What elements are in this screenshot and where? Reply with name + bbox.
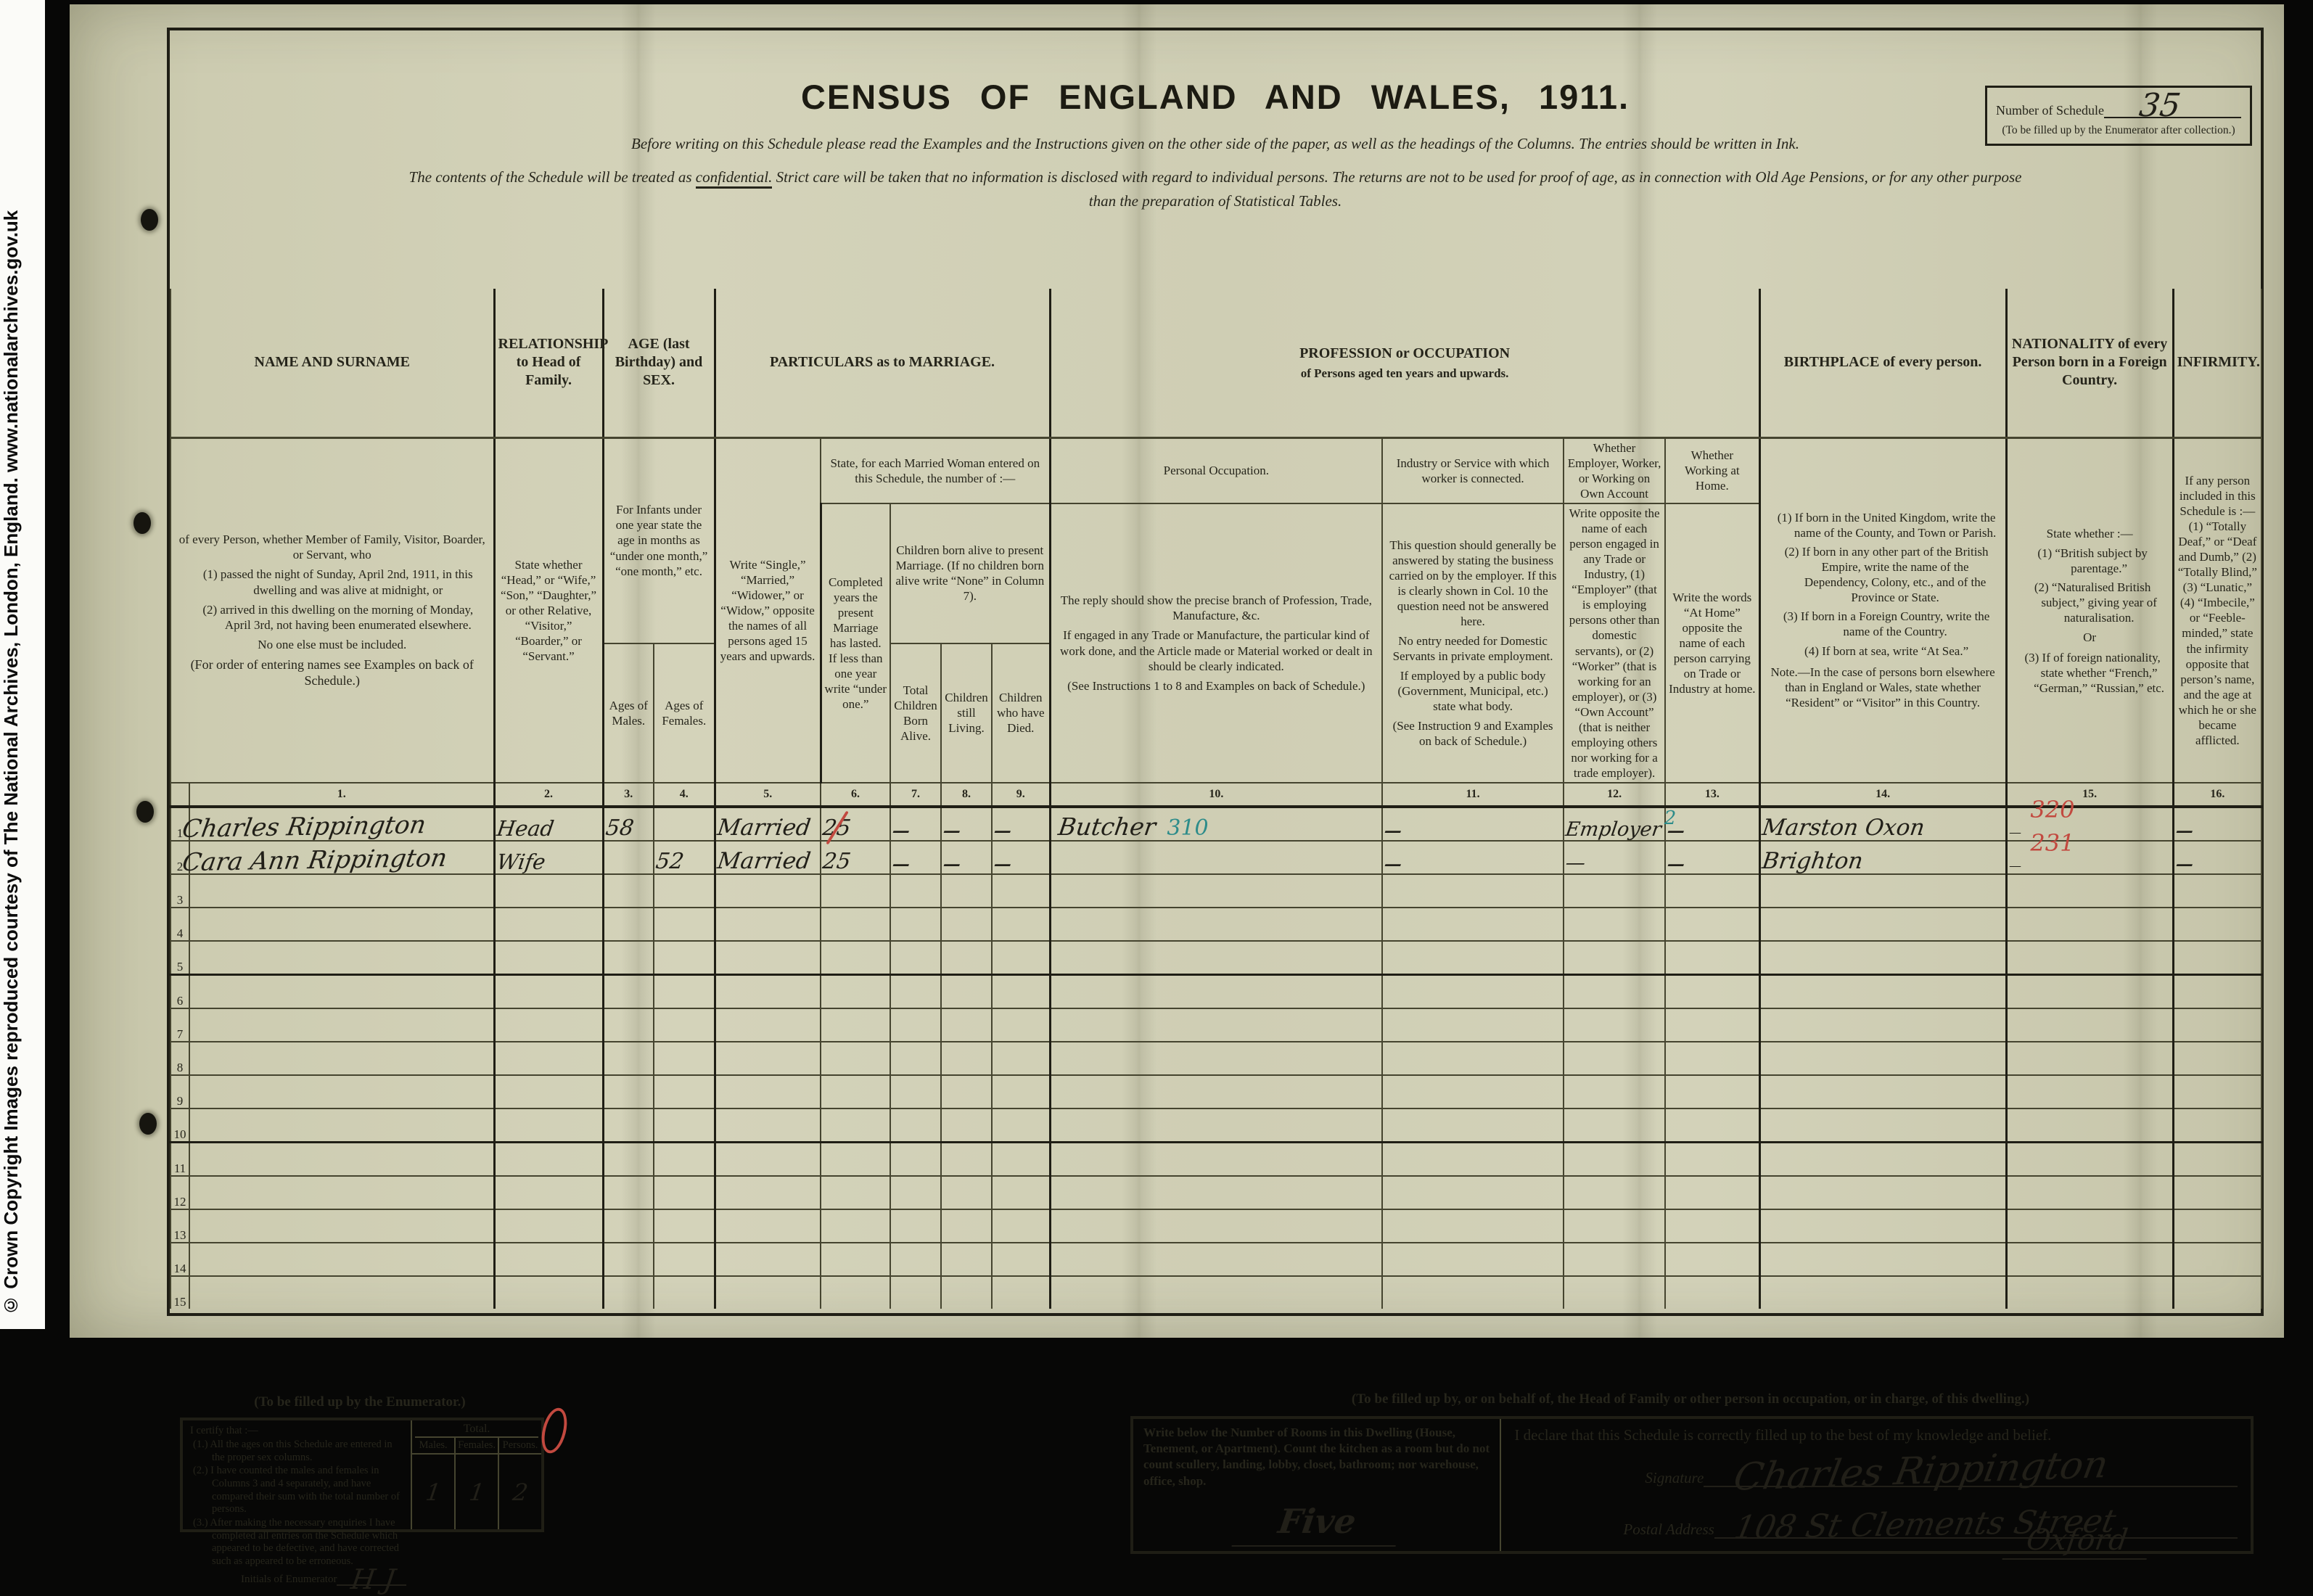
cell-age_male: [603, 1143, 654, 1177]
cell-num: 8: [171, 1042, 189, 1075]
cell-relationship: [494, 1176, 603, 1209]
cell-name: [189, 1176, 494, 1209]
cell-marriage: [715, 1243, 821, 1276]
cell-name: [189, 874, 494, 908]
cell-children_died: [992, 874, 1050, 908]
cell-name: [189, 1108, 494, 1143]
cell-children_born: [890, 975, 941, 1009]
table-row: 9: [171, 1075, 2261, 1108]
cell-children_living: [941, 1176, 992, 1209]
cell-birthplace: [1759, 874, 2006, 908]
instruction-line-3: than the preparation of Statistical Tabl…: [295, 190, 2135, 212]
cell-occ: [1050, 908, 1382, 941]
cell-relationship: [494, 1108, 603, 1143]
header-relationship: RELATIONSHIP to Head of Family.: [494, 289, 603, 437]
cell-relationship: [494, 1209, 603, 1243]
cell-marriage: [715, 1143, 821, 1177]
cell-age_male: [603, 1209, 654, 1243]
punch-hole: [136, 801, 154, 823]
cell-industry: —: [1382, 841, 1564, 874]
cell-num: 6: [171, 975, 189, 1009]
label-ages-males: Ages of Males.: [603, 643, 654, 783]
cell-name: Charles Rippington: [189, 807, 494, 841]
desc-occupation-1: The reply should show the precise branch…: [1057, 593, 1376, 623]
cell-nat: [2006, 1276, 2173, 1309]
cell-marriage: [715, 1176, 821, 1209]
cell-name: [189, 1075, 494, 1108]
cell-occ: [1050, 1108, 1382, 1143]
cell-relationship: [494, 1075, 603, 1108]
schedule-number-box: Number of Schedule 35 (To be filled up b…: [1985, 86, 2252, 146]
cell-industry: [1382, 1042, 1564, 1075]
cell-infirmity: [2173, 1008, 2261, 1042]
cell-name: [189, 1008, 494, 1042]
cell-emp: [1564, 975, 1665, 1009]
cell-relationship: Wife: [494, 841, 603, 874]
cell-age_male: [603, 975, 654, 1009]
cell-marriage: [715, 1209, 821, 1243]
cell-emp: [1564, 874, 1665, 908]
cell-industry: [1382, 1143, 1564, 1177]
desc-industry-1: This question should generally be answer…: [1389, 538, 1557, 629]
header-age: AGE (last Birthday) and SEX.: [603, 289, 715, 437]
cell-children_born: [890, 1209, 941, 1243]
cell-children_born: [890, 1276, 941, 1309]
cell-years: [821, 1108, 890, 1143]
cell-infirmity: [2173, 1108, 2261, 1143]
cell-age_male: 58: [603, 807, 654, 841]
table-row: 6: [171, 975, 2261, 1009]
cell-birthplace: Brighton: [1759, 841, 2006, 874]
cell-industry: [1382, 1008, 1564, 1042]
label-at-home: Whether Working at Home.: [1665, 437, 1759, 503]
cell-birthplace: [1759, 975, 2006, 1009]
label-personal-occupation: Personal Occupation.: [1050, 437, 1382, 503]
cell-children_born: [890, 908, 941, 941]
cell-marriage: Married: [715, 807, 821, 841]
cell-at_home: [1665, 1276, 1759, 1309]
cell-at_home: [1665, 874, 1759, 908]
punch-hole: [141, 209, 158, 231]
cell-marriage: [715, 1276, 821, 1309]
cell-years: [821, 874, 890, 908]
confidential-prefix: The contents of the Schedule will be tre…: [409, 168, 696, 186]
cell-birthplace: [1759, 908, 2006, 941]
desc-name: of every Person, whether Member of Famil…: [171, 437, 494, 783]
cell-children_living: [941, 941, 992, 975]
punch-hole: [133, 512, 151, 534]
cell-occ: [1050, 1143, 1382, 1177]
column-number: 9.: [992, 783, 1050, 807]
cell-age_female: 52: [654, 841, 715, 874]
cell-occ: [1050, 1276, 1382, 1309]
cell-at_home: [1665, 1243, 1759, 1276]
cell-nat: [2006, 1008, 2173, 1042]
desc-employer: Write opposite the name of each person e…: [1564, 503, 1665, 783]
form-title: CENSUS OF ENGLAND AND WALES, 1911.: [170, 77, 2261, 117]
desc-nationality: State whether :— (1) “British subject by…: [2006, 437, 2173, 783]
desc-birthplace-note: Note.—In the case of persons born elsewh…: [1767, 665, 2000, 710]
cell-children_living: [941, 1042, 992, 1075]
cell-infirmity: [2173, 941, 2261, 975]
cell-children_living: [941, 1209, 992, 1243]
header-profession: PROFESSION or OCCUPATION of Persons aged…: [1050, 289, 1759, 437]
table-row: 2Cara Ann RippingtonWife52Married25—————…: [171, 841, 2261, 874]
cell-years: 25: [821, 807, 890, 841]
table-row: 3: [171, 874, 2261, 908]
cell-num: 9: [171, 1075, 189, 1108]
desc-industry-2: No entry needed for Domestic Servants in…: [1389, 633, 1557, 664]
cell-children_died: [992, 1008, 1050, 1042]
cell-relationship: [494, 908, 603, 941]
cell-age_female: [654, 1176, 715, 1209]
census-table: NAME AND SURNAME RELATIONSHIP to Head of…: [170, 289, 2262, 1309]
cell-occ: [1050, 1075, 1382, 1108]
cell-age_male: [603, 874, 654, 908]
cell-occ: [1050, 1209, 1382, 1243]
header-marriage: PARTICULARS as to MARRIAGE.: [715, 289, 1050, 437]
cell-years: [821, 975, 890, 1009]
cell-nat: [2006, 1176, 2173, 1209]
cell-nat: [2006, 874, 2173, 908]
instruction-line-2: The contents of the Schedule will be tre…: [295, 166, 2135, 188]
column-number: 16.: [2173, 783, 2261, 807]
cell-age_male: [603, 841, 654, 874]
table-row: 11: [171, 1143, 2261, 1177]
cell-age_female: [654, 975, 715, 1009]
cell-emp: [1564, 941, 1665, 975]
profession-subtitle: of Persons aged ten years and upwards.: [1054, 366, 1756, 381]
cell-infirmity: [2173, 874, 2261, 908]
punch-hole: [139, 1113, 157, 1135]
form-header: Number of Schedule 35 (To be filled up b…: [170, 77, 2261, 289]
column-number: 4.: [654, 783, 715, 807]
cell-nat: [2006, 941, 2173, 975]
cell-at_home: —: [1665, 841, 1759, 874]
cell-num: 14: [171, 1243, 189, 1276]
cell-children_living: [941, 1008, 992, 1042]
cell-occ: [1050, 1176, 1382, 1209]
cell-age_female: [654, 1008, 715, 1042]
cell-age_male: [603, 1243, 654, 1276]
cell-emp: [1564, 908, 1665, 941]
cell-marriage: [715, 874, 821, 908]
cell-occ: [1050, 841, 1382, 874]
header-nationality: NATIONALITY of every Person born in a Fo…: [2006, 289, 2173, 437]
form-footer: (To be filled up by the Enumerator.) I c…: [170, 1309, 2261, 1358]
cell-children_died: [992, 1243, 1050, 1276]
desc-industry: This question should generally be answer…: [1382, 503, 1564, 783]
cell-children_living: —: [941, 807, 992, 841]
column-number: 11.: [1382, 783, 1564, 807]
column-number: 10.: [1050, 783, 1382, 807]
cell-nat: [2006, 908, 2173, 941]
cell-at_home: [1665, 1042, 1759, 1075]
cell-at_home: [1665, 941, 1759, 975]
desc-personal-occupation: The reply should show the precise branch…: [1050, 503, 1382, 783]
cell-years: [821, 1243, 890, 1276]
cell-children_living: —: [941, 841, 992, 874]
header-name: NAME AND SURNAME: [171, 289, 494, 437]
cell-age_male: [603, 1108, 654, 1143]
cell-occ: [1050, 874, 1382, 908]
census-table-body: 1Charles RippingtonHead58Married25———But…: [171, 807, 2261, 1309]
desc-birthplace-4: (4) If born at sea, write “At Sea.”: [1765, 643, 2001, 659]
desc-nationality-3: (3) If of foreign nationality, state whe…: [2012, 650, 2168, 696]
cell-relationship: [494, 1276, 603, 1309]
cell-children_died: [992, 975, 1050, 1009]
cell-at_home: [1665, 1108, 1759, 1143]
column-number: 8.: [941, 783, 992, 807]
cell-industry: [1382, 1209, 1564, 1243]
desc-nationality-1: (1) “British subject by parentage.”: [2012, 546, 2168, 576]
cell-emp: [1564, 1209, 1665, 1243]
cell-birthplace: [1759, 1209, 2006, 1243]
desc-relationship: State whether “Head,” or “Wife,” “Son,” …: [494, 437, 603, 783]
form-border: Number of Schedule 35 (To be filled up b…: [167, 28, 2264, 1316]
cell-emp: Employer2: [1564, 807, 1665, 841]
cell-age_male: [603, 908, 654, 941]
cell-name: [189, 908, 494, 941]
cell-industry: [1382, 941, 1564, 975]
column-number: 6.: [821, 783, 890, 807]
cell-children_born: [890, 1108, 941, 1143]
cell-age_female: [654, 874, 715, 908]
cell-name: Cara Ann Rippington: [189, 841, 494, 874]
cell-years: [821, 1176, 890, 1209]
copyright-text: © Crown Copyright Images reproduced cour…: [0, 0, 45, 1322]
cell-at_home: [1665, 1143, 1759, 1177]
copyright-strip: © Crown Copyright Images reproduced cour…: [0, 0, 45, 1329]
cell-age_male: [603, 1042, 654, 1075]
desc-industry-3: If employed by a public body (Government…: [1389, 668, 1557, 714]
cell-relationship: [494, 1008, 603, 1042]
desc-birthplace-1: (1) If born in the United Kingdom, write…: [1765, 510, 2001, 540]
cell-at_home: [1665, 1075, 1759, 1108]
confidential-rest: Strict care will be taken that no inform…: [772, 168, 2021, 186]
cell-at_home: [1665, 1008, 1759, 1042]
cell-marriage: [715, 1042, 821, 1075]
cell-children_living: [941, 1108, 992, 1143]
cell-children_born: [890, 941, 941, 975]
cell-children_living: [941, 908, 992, 941]
table-row: 1Charles RippingtonHead58Married25———But…: [171, 807, 2261, 841]
cell-children_died: [992, 1209, 1050, 1243]
desc-years-married: Completed years the present Marriage has…: [821, 503, 890, 783]
desc-nationality-2: (2) “Naturalised British subject,” givin…: [2012, 580, 2168, 625]
cell-years: 25: [821, 841, 890, 874]
column-number: 7.: [890, 783, 941, 807]
desc-birthplace: (1) If born in the United Kingdom, write…: [1759, 437, 2006, 783]
desc-name-intro: of every Person, whether Member of Famil…: [177, 532, 488, 562]
cell-num: 4: [171, 908, 189, 941]
cell-industry: [1382, 1176, 1564, 1209]
cell-birthplace: [1759, 1075, 2006, 1108]
cell-emp: [1564, 1008, 1665, 1042]
cell-birthplace: [1759, 1143, 2006, 1177]
label-children-born: Total Children Born Alive.: [890, 643, 941, 783]
desc-birthplace-2: (2) If born in any other part of the Bri…: [1765, 544, 2001, 605]
table-row: 14: [171, 1243, 2261, 1276]
cell-age_female: [654, 941, 715, 975]
cell-children_born: —: [890, 841, 941, 874]
column-number-row: 1. 2. 3. 4. 5. 6. 7. 8. 9. 10. 11. 12. 1…: [171, 783, 2261, 807]
cell-age_female: [654, 1276, 715, 1309]
cell-industry: [1382, 975, 1564, 1009]
cell-nat: [2006, 1075, 2173, 1108]
cell-children_born: [890, 874, 941, 908]
desc-name-3: No one else must be included.: [177, 637, 488, 652]
cell-nat: [2006, 1143, 2173, 1177]
column-number: 12.: [1564, 783, 1665, 807]
cell-age_female: [654, 908, 715, 941]
cell-children_born: —: [890, 807, 941, 841]
cell-relationship: [494, 1042, 603, 1075]
cell-birthplace: [1759, 1042, 2006, 1075]
cell-name: [189, 1042, 494, 1075]
schedule-number-value: 35: [2137, 87, 2183, 124]
cell-infirmity: [2173, 975, 2261, 1009]
census-table-head: NAME AND SURNAME RELATIONSHIP to Head of…: [171, 289, 2261, 807]
cell-industry: [1382, 1276, 1564, 1309]
cell-occ: [1050, 1042, 1382, 1075]
cell-children_died: [992, 1075, 1050, 1108]
cell-children_born: [890, 1176, 941, 1209]
label-children-living: Children still Living.: [941, 643, 992, 783]
cell-children_living: [941, 1075, 992, 1108]
desc-married-woman: State, for each Married Woman entered on…: [821, 437, 1050, 503]
cell-marriage: [715, 975, 821, 1009]
cell-children_living: [941, 874, 992, 908]
cell-years: [821, 1075, 890, 1108]
desc-at-home: Write the words “At Home” opposite the n…: [1665, 503, 1759, 783]
cell-infirmity: [2173, 908, 2261, 941]
cell-children_born: [890, 1243, 941, 1276]
cell-nat: [2006, 1108, 2173, 1143]
cell-infirmity: [2173, 1143, 2261, 1177]
cell-years: [821, 908, 890, 941]
cell-name: [189, 975, 494, 1009]
cell-relationship: [494, 941, 603, 975]
cell-industry: [1382, 1243, 1564, 1276]
cell-children_living: [941, 975, 992, 1009]
cell-marriage: [715, 941, 821, 975]
cell-children_born: [890, 1008, 941, 1042]
cell-years: [821, 941, 890, 975]
table-row: 7: [171, 1008, 2261, 1042]
cell-occ: [1050, 1243, 1382, 1276]
cell-age_male: [603, 1075, 654, 1108]
cell-industry: [1382, 908, 1564, 941]
desc-industry-4: (See Instruction 9 and Examples on back …: [1389, 718, 1557, 749]
column-number-gutter: [171, 783, 189, 807]
cell-infirmity: [2173, 1075, 2261, 1108]
profession-title: PROFESSION or OCCUPATION: [1054, 345, 1756, 363]
desc-occupation-3: (See Instructions 1 to 8 and Examples on…: [1057, 678, 1376, 694]
cell-at_home: [1665, 1209, 1759, 1243]
cell-num: 7: [171, 1008, 189, 1042]
cell-birthplace: [1759, 1008, 2006, 1042]
cell-birthplace: [1759, 1108, 2006, 1143]
desc-name-4: (For order of entering names see Example…: [177, 657, 488, 689]
desc-marital-status: Write “Single,” “Married,” “Widower,” or…: [715, 437, 821, 783]
column-number: 2.: [494, 783, 603, 807]
desc-nationality-or: Or: [2013, 630, 2166, 645]
cell-name: [189, 941, 494, 975]
cell-years: [821, 1008, 890, 1042]
column-number: 5.: [715, 783, 821, 807]
cell-num: 10: [171, 1108, 189, 1143]
cell-children_living: [941, 1143, 992, 1177]
cell-num: 15: [171, 1276, 189, 1309]
table-row: 12: [171, 1176, 2261, 1209]
desc-birthplace-3: (3) If born in a Foreign Country, write …: [1765, 609, 2001, 639]
cell-birthplace: Marston Oxon: [1759, 807, 2006, 841]
cell-age_male: [603, 1276, 654, 1309]
cell-relationship: [494, 975, 603, 1009]
cell-infirmity: —: [2173, 807, 2261, 841]
cell-birthplace: [1759, 1176, 2006, 1209]
cell-children_died: [992, 1176, 1050, 1209]
desc-name-2: (2) arrived in this dwelling on the morn…: [177, 602, 488, 633]
confidential-word: confidential.: [696, 168, 773, 189]
column-number: 13.: [1665, 783, 1759, 807]
desc-occupation-2: If engaged in any Trade or Manufacture, …: [1057, 628, 1376, 673]
cell-emp: —: [1564, 841, 1665, 874]
cell-nat: [2006, 1042, 2173, 1075]
cell-infirmity: [2173, 1243, 2261, 1276]
cell-children_died: [992, 941, 1050, 975]
cell-children_died: —: [992, 841, 1050, 874]
cell-emp: [1564, 1143, 1665, 1177]
cell-birthplace: [1759, 1243, 2006, 1276]
cell-nat: 231—: [2006, 841, 2173, 874]
cell-children_died: [992, 1276, 1050, 1309]
cell-industry: [1382, 1075, 1564, 1108]
instruction-line-1: Before writing on this Schedule please r…: [295, 133, 2135, 155]
cell-occ: [1050, 975, 1382, 1009]
cell-children_died: —: [992, 807, 1050, 841]
cell-birthplace: [1759, 941, 2006, 975]
cell-children_died: [992, 1042, 1050, 1075]
cell-relationship: [494, 1143, 603, 1177]
cell-num: 12: [171, 1176, 189, 1209]
cell-at_home: [1665, 908, 1759, 941]
cell-num: 13: [171, 1209, 189, 1243]
cell-industry: —: [1382, 807, 1564, 841]
cell-years: [821, 1042, 890, 1075]
table-row: 15: [171, 1276, 2261, 1309]
cell-age_female: [654, 1209, 715, 1243]
cell-children_born: [890, 1042, 941, 1075]
label-children-died: Children who have Died.: [992, 643, 1050, 783]
desc-children-group: Children born alive to present Marriage.…: [890, 503, 1050, 643]
cell-birthplace: [1759, 1276, 2006, 1309]
cell-marriage: [715, 908, 821, 941]
header-infirmity: INFIRMITY.: [2173, 289, 2261, 437]
label-industry: Industry or Service with which worker is…: [1382, 437, 1564, 503]
cell-name: [189, 1209, 494, 1243]
cell-infirmity: [2173, 1176, 2261, 1209]
column-number: 14.: [1759, 783, 2006, 807]
cell-occ: [1050, 941, 1382, 975]
cell-years: [821, 1209, 890, 1243]
cell-num: 3: [171, 874, 189, 908]
cell-age_female: [654, 1143, 715, 1177]
cell-nat: [2006, 975, 2173, 1009]
cell-children_living: [941, 1276, 992, 1309]
cell-years: [821, 1276, 890, 1309]
